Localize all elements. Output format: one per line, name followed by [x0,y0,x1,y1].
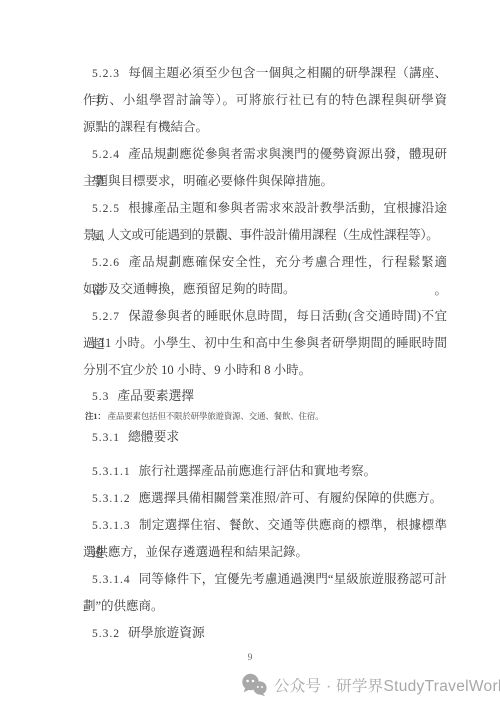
clause-line: 源點的課程有機結合。 [83,114,447,141]
clause-number: 5.2.3 [92,68,120,80]
line-text: 如涉及交通轉換，應預留足夠的時間。 [83,282,296,296]
clause-line: 5.2.6產品規劃應確保安全性，充分考慮合理性，行程鬆緊適當。 [83,249,447,276]
clause-line: 過 11 小時。小學生、初中生和高中生參與者研學期間的睡眠時間 [83,330,447,357]
clause-line: 主題與目標要求，明確必要條件與保障措施。 [83,168,447,195]
clause-heading-line: 5.3.1總體要求 [83,424,447,451]
clause-number: 5.3 [92,391,109,403]
line-text: 劃”的供應商。 [83,599,164,613]
clause-line: 景、人文或可能遇到的景觀、事件設計備用課程（生成性課程等）。 [83,222,447,249]
clause-line: 5.2.4產品規劃應從參與者需求與澳門的優勢資源出發，體現研學 [83,141,447,168]
document-page: 5.2.3每個主題必須至少包含一個與之相關的研學課程（講座、手作坊、小組學習討論… [0,0,500,706]
clause-line: 5.3.1.4同等條件下，宜優先考慮通過澳門“星級旅遊服務認可計 [83,566,447,593]
clause-number: 5.2.7 [92,311,120,323]
clause-line: 5.3.1.1旅行社選擇產品前應進行評估和實地考察。 [83,458,447,485]
clause-line: 5.2.5根據產品主題和參與者需求來設計教學活動，宜根據沿途風 [83,195,447,222]
line-text: 過 11 小時。小學生、初中生和高中生參與者研學期間的睡眠時間 [83,336,447,350]
line-text: 研學旅遊資源 [128,626,205,640]
watermark: 公众号 · 研学界StudyTravelWorld [241,672,500,698]
clause-heading-line: 5.3產品要素選擇 [83,384,447,408]
line-text: 同等條件下，宜優先考慮通過澳門“星級旅遊服務認可計 [139,572,447,586]
clause-line: 作坊、小組學習討論等）。可將旅行社已有的特色課程與研學資 [83,87,447,114]
clause-heading-line: 5.3.2研學旅遊資源 [83,620,447,647]
note-line: 注1：產品要素包括但不限於研學旅遊資源、交通、餐飲、住宿。 [83,408,447,424]
note-label: 注1： [85,411,106,421]
clause-number: 5.2.5 [92,203,120,215]
clause-line: 劃”的供應商。 [83,593,447,620]
line-text: 應選擇具備相關營業准照/許可、有履約保障的供應方。 [139,491,442,505]
clause-line: 5.3.1.2應選擇具備相關營業准照/許可、有履約保障的供應方。 [83,485,447,512]
clause-number: 5.3.1 [92,432,120,444]
clause-line: 選供應方，並保存遴選過程和結果記錄。 [83,539,447,566]
clause-number: 5.3.1.2 [92,493,131,505]
clause-line: 分別不宜少於 10 小時、9 小時和 8 小時。 [83,357,447,384]
line-text: 產品要素選擇 [117,389,194,403]
clause-line: 5.2.7保證參與者的睡眠休息時間，每日活動(含交通時間)不宜超 [83,303,447,330]
clause-line: 5.3.1.3制定選擇住宿、餐飲、交通等供應商的標準，根據標準遴 [83,512,447,539]
line-text: 產品要素包括但不限於研學旅遊資源、交通、餐飲、住宿。 [108,411,324,421]
line-text: 源點的課程有機結合。 [83,120,208,134]
watermark-label: 公众号 · 研学界StudyTravelWorld [274,674,500,696]
clause-number: 5.3.2 [92,628,120,640]
wechat-icon [241,673,267,697]
clause-number: 5.3.1.3 [92,520,131,532]
clause-number: 5.3.1.4 [92,574,131,586]
clause-line: 5.2.3每個主題必須至少包含一個與之相關的研學課程（講座、手 [83,60,447,87]
line-text: 分別不宜少於 10 小時、9 小時和 8 小時。 [83,363,311,377]
clause-number: 5.3.1.1 [92,466,131,478]
clause-number: 5.2.6 [92,257,120,269]
line-text: 景、人文或可能遇到的景觀、事件設計備用課程（生成性課程等）。 [83,228,438,242]
clause-number: 5.2.4 [92,149,120,161]
line-text: 旅行社選擇產品前應進行評估和實地考察。 [139,464,377,478]
line-text: 選供應方，並保存遴選過程和結果記錄。 [83,545,308,559]
line-text: 作坊、小組學習討論等）。可將旅行社已有的特色課程與研學資 [83,93,447,107]
line-text: 主題與目標要求，明確必要條件與保障措施。 [83,174,333,188]
page-number: 9 [0,650,500,666]
document-body: 5.2.3每個主題必須至少包含一個與之相關的研學課程（講座、手作坊、小組學習討論… [83,60,447,647]
line-text: 總體要求 [128,430,179,444]
